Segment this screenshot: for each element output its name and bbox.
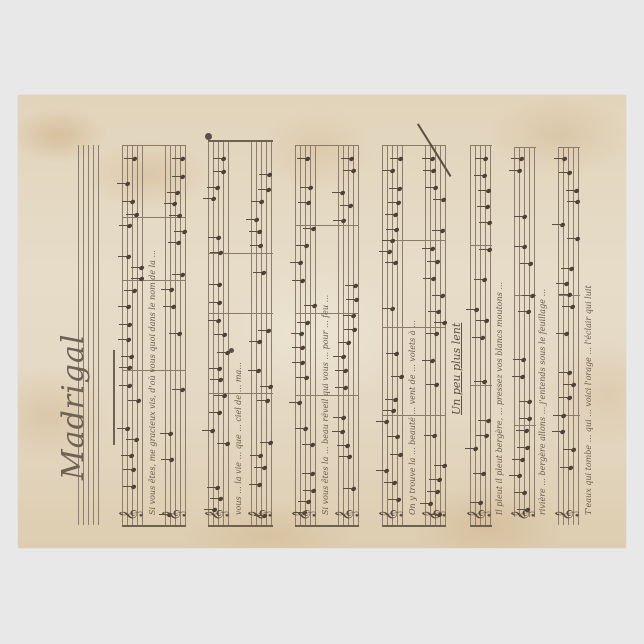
note-stem xyxy=(517,447,526,448)
note-stem xyxy=(217,443,226,444)
note-stem xyxy=(124,158,133,159)
note-stem xyxy=(161,459,170,460)
barline xyxy=(470,145,492,146)
note-stem xyxy=(298,501,307,502)
note-stem xyxy=(296,245,305,246)
note-stem xyxy=(290,262,299,263)
note-stem xyxy=(563,384,572,385)
note-stem xyxy=(213,158,222,159)
note-stem xyxy=(260,442,269,443)
barline xyxy=(382,145,446,146)
note-stem xyxy=(466,309,475,310)
treble-clef-icon: 𝄞 xyxy=(249,509,269,521)
note-stem xyxy=(169,215,178,216)
note-stem xyxy=(292,347,301,348)
note-stem xyxy=(474,381,483,382)
note-stem xyxy=(382,308,391,309)
lyrics: rivière ... bergère allons ... j'entends… xyxy=(538,289,547,515)
note-stem xyxy=(217,352,226,353)
treble-clef-icon: 𝄞 xyxy=(336,509,356,521)
system-bracket xyxy=(470,525,492,527)
barline xyxy=(208,313,273,314)
note-stem xyxy=(465,448,474,449)
note-stem xyxy=(561,268,570,269)
note-stem xyxy=(434,465,443,466)
note-stem xyxy=(423,170,432,171)
staff xyxy=(338,145,360,525)
note-stem xyxy=(167,192,176,193)
note-stem xyxy=(343,170,352,171)
note-stem xyxy=(390,158,399,159)
title-underline xyxy=(113,350,115,445)
lyrics: T'eaux qui tombe ... qui ... voici l'ora… xyxy=(584,285,593,515)
note-stem xyxy=(479,222,488,223)
barline xyxy=(122,145,186,146)
note-stem xyxy=(208,237,217,238)
note-stem xyxy=(118,256,127,257)
note-stem xyxy=(470,502,479,503)
note-stem xyxy=(161,289,170,290)
system-bracket xyxy=(208,525,273,527)
ink-mark xyxy=(205,133,212,140)
note-stem xyxy=(509,475,518,476)
treble-clef-icon: 𝄞 xyxy=(423,509,443,521)
note-stem xyxy=(386,229,395,230)
note-stem xyxy=(251,201,260,202)
note-stem xyxy=(172,176,181,177)
note-stem xyxy=(514,492,523,493)
note-stem xyxy=(519,418,528,419)
note-stem xyxy=(172,158,181,159)
note-stem xyxy=(333,417,342,418)
note-stem xyxy=(432,295,441,296)
note-stem xyxy=(302,444,311,445)
note-stem xyxy=(391,376,400,377)
note-stem xyxy=(559,172,568,173)
note-stem xyxy=(560,467,569,468)
note-stem xyxy=(118,306,127,307)
note-stem xyxy=(333,356,342,357)
note-stem xyxy=(119,367,128,368)
note-stem xyxy=(126,214,135,215)
note-stem xyxy=(292,280,301,281)
note-stem xyxy=(339,456,348,457)
note-stem xyxy=(566,190,575,191)
barline xyxy=(295,225,359,226)
note-stem xyxy=(513,359,522,360)
note-stem xyxy=(246,219,255,220)
note-stem xyxy=(472,337,481,338)
note-stem xyxy=(474,279,483,280)
note-stem xyxy=(520,263,529,264)
note-stem xyxy=(422,248,431,249)
treble-clef-icon: 𝄞 xyxy=(468,509,488,521)
note-stem xyxy=(552,431,561,432)
note-stem xyxy=(522,295,531,296)
note-stem xyxy=(332,431,341,432)
note-stem xyxy=(303,490,312,491)
note-stem xyxy=(296,377,305,378)
note-stem xyxy=(432,230,441,231)
barline xyxy=(470,245,492,246)
note-stem xyxy=(248,370,257,371)
note-stem xyxy=(389,188,398,189)
treble-clef-icon: 𝄞 xyxy=(293,509,313,521)
note-stem xyxy=(427,261,436,262)
note-stem xyxy=(475,158,484,159)
tempo-marking: Un peu plus lent xyxy=(450,323,463,415)
system-bracket xyxy=(208,140,273,142)
note-stem xyxy=(249,231,258,232)
note-stem xyxy=(479,249,488,250)
note-stem xyxy=(119,225,128,226)
system-bracket xyxy=(295,525,359,527)
note-stem xyxy=(118,339,127,340)
system-bracket xyxy=(122,525,186,527)
note-stem xyxy=(126,439,135,440)
note-stem xyxy=(376,470,385,471)
note-stem xyxy=(202,430,211,431)
note-stem xyxy=(333,220,342,221)
note-stem xyxy=(556,283,565,284)
note-stem xyxy=(174,231,183,232)
note-stem xyxy=(209,368,218,369)
note-stem xyxy=(131,267,140,268)
note-stem xyxy=(291,333,300,334)
note-stem xyxy=(172,274,181,275)
treble-clef-icon: 𝄞 xyxy=(380,509,400,521)
manuscript-page: Madrigal Si vous êtes, me gracieux vis, … xyxy=(18,95,626,548)
note-stem xyxy=(121,356,130,357)
barline xyxy=(470,385,492,386)
note-stem xyxy=(297,158,306,159)
note-stem xyxy=(303,228,312,229)
note-stem xyxy=(131,278,140,279)
lyrics: Il pleut il pleut bergère, ... pressez v… xyxy=(495,282,504,515)
lyrics: Si vous êtes la ... beau réveil qui vous… xyxy=(321,295,330,515)
note-stem xyxy=(476,435,485,436)
note-stem xyxy=(473,473,482,474)
note-stem xyxy=(563,449,572,450)
note-stem xyxy=(433,199,442,200)
note-stem xyxy=(335,370,344,371)
note-stem xyxy=(387,436,396,437)
system-bracket xyxy=(382,525,446,527)
staff xyxy=(470,145,492,525)
note-stem xyxy=(123,469,132,470)
note-stem xyxy=(119,324,128,325)
treble-clef-icon: 𝄞 xyxy=(512,509,532,521)
barline xyxy=(122,217,186,218)
note-stem xyxy=(289,402,298,403)
staff xyxy=(514,147,536,517)
note-stem xyxy=(376,421,385,422)
note-stem xyxy=(422,158,431,159)
note-stem xyxy=(169,333,178,334)
note-stem xyxy=(214,395,223,396)
note-stem xyxy=(422,360,431,361)
note-stem xyxy=(343,315,352,316)
note-stem xyxy=(260,386,269,387)
note-stem xyxy=(383,410,392,411)
note-stem xyxy=(556,333,565,334)
note-stem xyxy=(425,187,434,188)
note-stem xyxy=(516,430,525,431)
note-stem xyxy=(338,342,347,343)
note-stem xyxy=(341,158,350,159)
note-stem xyxy=(511,158,520,159)
note-stem xyxy=(386,353,395,354)
note-stem xyxy=(302,473,311,474)
note-stem xyxy=(304,305,313,306)
note-stem xyxy=(474,175,483,176)
note-stem xyxy=(253,272,262,273)
note-stem xyxy=(345,285,354,286)
note-stem xyxy=(295,428,304,429)
note-stem xyxy=(160,433,169,434)
note-stem xyxy=(124,290,133,291)
note-stem xyxy=(207,487,216,488)
note-stem xyxy=(117,183,126,184)
note-stem xyxy=(343,488,352,489)
lyrics: On y trouve la ... beauté ... vent de ..… xyxy=(408,320,417,515)
note-stem xyxy=(512,459,521,460)
note-stem xyxy=(344,329,353,330)
barline xyxy=(514,147,536,148)
note-stem xyxy=(254,467,263,468)
note-stem xyxy=(385,399,394,400)
note-stem xyxy=(250,455,259,456)
note-stem xyxy=(203,198,212,199)
note-stem xyxy=(214,334,223,335)
note-stem xyxy=(429,479,438,480)
note-stem xyxy=(163,306,172,307)
barline xyxy=(558,147,580,148)
note-stem xyxy=(552,224,561,225)
note-stem xyxy=(210,498,219,499)
note-stem xyxy=(168,242,177,243)
note-stem xyxy=(257,400,266,401)
note-stem xyxy=(164,203,173,204)
note-stem xyxy=(514,246,523,247)
note-stem xyxy=(384,482,393,483)
note-stem xyxy=(209,302,218,303)
note-stem xyxy=(122,201,131,202)
note-stem xyxy=(559,397,568,398)
note-stem xyxy=(554,158,563,159)
note-stem xyxy=(249,484,258,485)
note-stem xyxy=(209,412,218,413)
note-stem xyxy=(117,428,126,429)
note-stem xyxy=(210,252,219,253)
note-stem xyxy=(249,341,258,342)
note-stem xyxy=(434,322,443,323)
barline xyxy=(295,145,359,146)
note-stem xyxy=(519,401,528,402)
note-stem xyxy=(559,372,568,373)
note-stem xyxy=(297,322,306,323)
note-stem xyxy=(379,251,388,252)
note-stem xyxy=(420,503,429,504)
note-stem xyxy=(553,415,562,416)
note-stem xyxy=(346,299,355,300)
note-stem xyxy=(478,420,487,421)
note-stem xyxy=(210,379,219,380)
lyrics: vous ... la vie ... que ... ciel de ... … xyxy=(234,362,243,515)
note-stem xyxy=(428,311,437,312)
note-stem xyxy=(478,190,487,191)
note-stem xyxy=(424,435,433,436)
note-stem xyxy=(337,445,346,446)
page-title: Madrigal xyxy=(56,334,91,480)
treble-clef-icon: 𝄞 xyxy=(206,509,226,521)
note-stem xyxy=(258,189,267,190)
note-stem xyxy=(258,330,267,331)
note-stem xyxy=(390,454,399,455)
note-stem xyxy=(509,170,518,171)
note-stem xyxy=(559,294,568,295)
note-stem xyxy=(335,387,344,388)
note-stem xyxy=(213,171,222,172)
treble-clef-icon: 𝄞 xyxy=(163,509,183,521)
note-stem xyxy=(172,389,181,390)
treble-clef-icon: 𝄞 xyxy=(120,509,140,521)
note-stem xyxy=(209,284,218,285)
lyrics: Si vous êtes, me gracieux vis, d'où vous… xyxy=(148,250,157,515)
note-stem xyxy=(250,245,259,246)
note-stem xyxy=(518,311,527,312)
note-stem xyxy=(426,333,435,334)
note-stem xyxy=(385,262,394,263)
note-stem xyxy=(292,362,301,363)
treble-clef-icon: 𝄞 xyxy=(556,509,576,521)
note-stem xyxy=(388,202,397,203)
note-stem xyxy=(385,214,394,215)
note-stem xyxy=(562,306,571,307)
note-stem xyxy=(426,384,435,385)
note-stem xyxy=(119,385,128,386)
barline xyxy=(514,425,536,426)
note-stem xyxy=(512,376,521,377)
note-stem xyxy=(300,187,309,188)
note-stem xyxy=(382,170,391,171)
note-stem xyxy=(128,400,137,401)
note-stem xyxy=(388,499,397,500)
note-stem xyxy=(567,238,576,239)
note-stem xyxy=(121,455,130,456)
note-stem xyxy=(123,486,132,487)
note-stem xyxy=(340,205,349,206)
note-stem xyxy=(207,187,216,188)
note-stem xyxy=(423,278,432,279)
note-stem xyxy=(382,240,391,241)
note-stem xyxy=(208,320,217,321)
note-stem xyxy=(514,216,523,217)
note-stem xyxy=(476,320,485,321)
note-stem xyxy=(332,192,341,193)
note-stem xyxy=(298,202,307,203)
note-stem xyxy=(427,491,436,492)
note-stem xyxy=(567,201,576,202)
note-stem xyxy=(259,174,268,175)
note-stem xyxy=(477,206,486,207)
